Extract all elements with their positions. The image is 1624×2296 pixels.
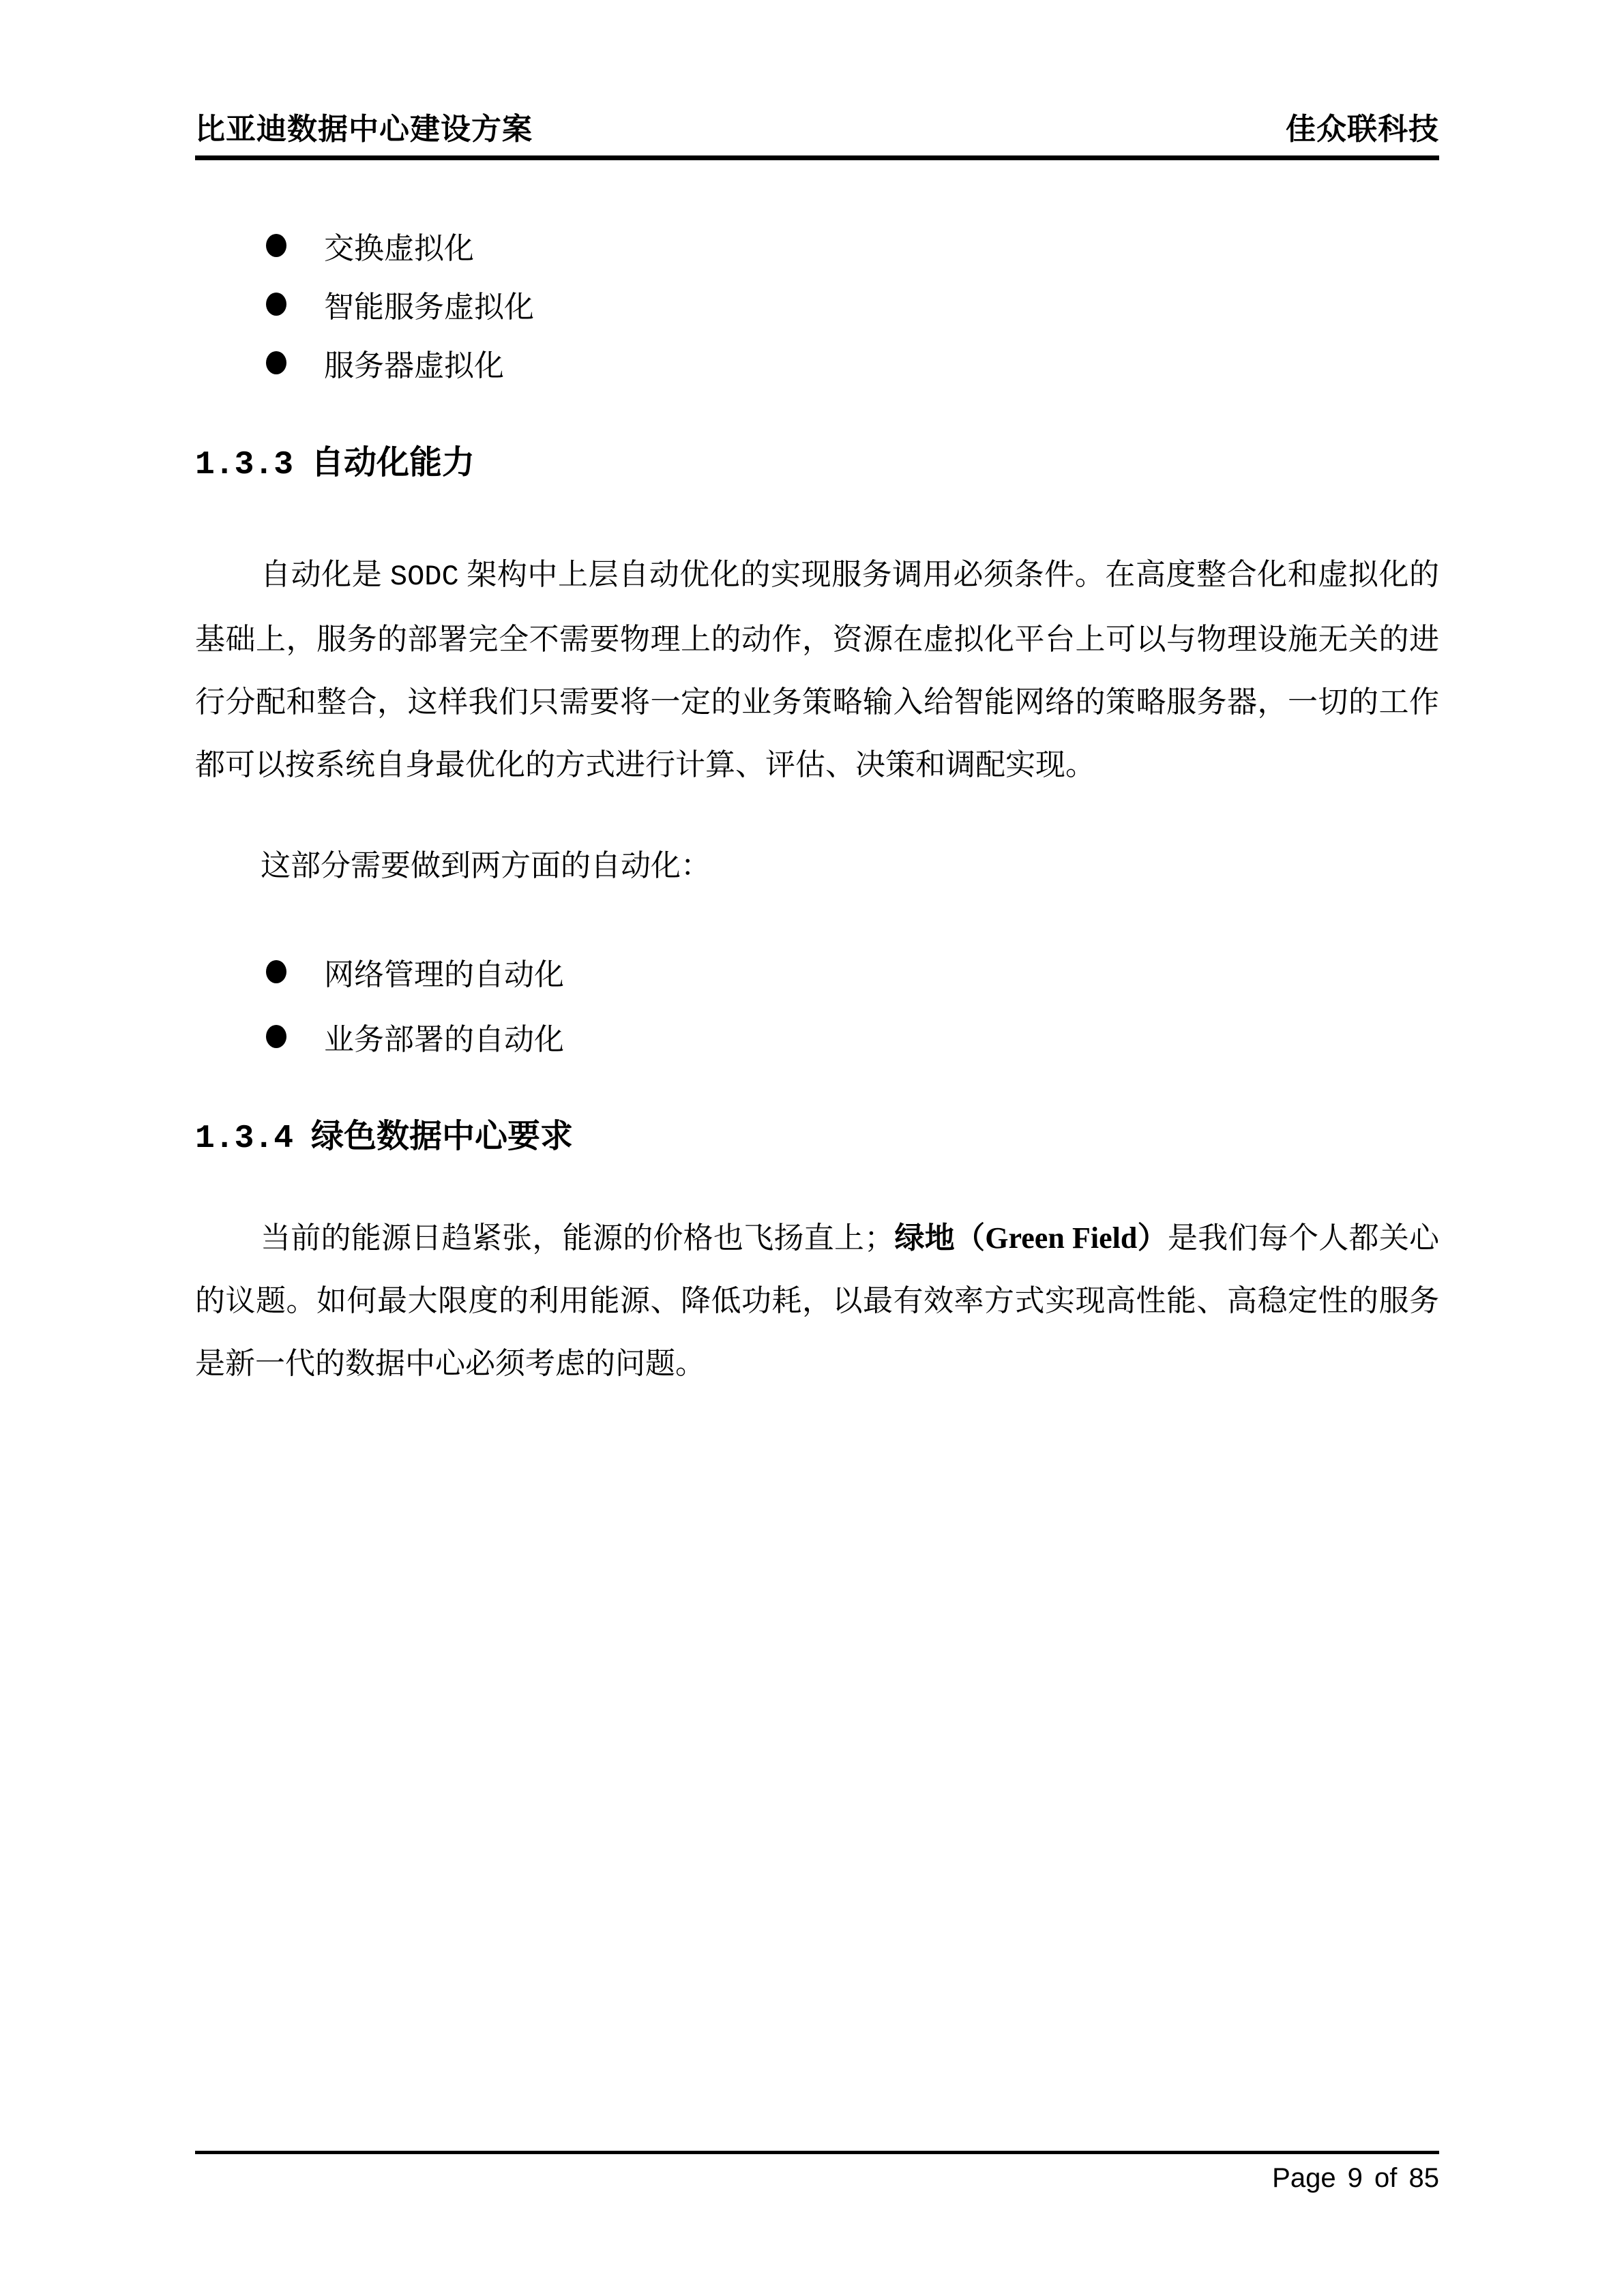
list-item: 智能服务虚拟化 [195,275,1439,333]
bullet-icon [266,1025,286,1048]
section-title: 绿色数据中心要求 [311,1118,573,1154]
section-number: 1.3.4 [195,1120,293,1157]
page-number-indicator: Page 9 of 85 [1272,2163,1439,2193]
paragraph-text: 自动化是 [261,558,390,591]
paragraph-green-datacenter: 当前的能源日趋紧张，能源的价格也飞扬直上；绿地（Green Field）是我们每… [195,1207,1439,1395]
list-item: 网络管理的自动化 [195,939,1439,1004]
page-header: 比亚迪数据中心建设方案 佳众联科技 [195,113,1439,160]
bullet-icon [266,351,286,374]
list-item-label: 网络管理的自动化 [324,950,564,994]
list-item-label: 服务器虚拟化 [324,341,504,385]
list-item: 交换虚拟化 [195,216,1439,275]
list-item-label: 交换虚拟化 [324,224,474,267]
bullet-icon [266,234,286,257]
automation-bullet-list: 网络管理的自动化 业务部署的自动化 [195,939,1439,1069]
section-title: 自动化能力 [311,445,475,481]
bullet-icon [266,960,286,983]
paragraph-text: 当前的能源日趋紧张，能源的价格也飞扬直上； [261,1221,894,1255]
virtualization-bullet-list: 交换虚拟化 智能服务虚拟化 服务器虚拟化 [195,216,1439,392]
paragraph-text: 这部分需要做到两方面的自动化： [261,849,711,882]
section-number: 1.3.3 [195,447,293,483]
section-heading-1-3-3: 1.3.3自动化能力 [195,443,1439,485]
header-document-title: 比亚迪数据中心建设方案 [195,113,533,146]
list-item: 服务器虚拟化 [195,333,1439,392]
acronym-sodc: SODC [390,561,459,593]
page-footer: Page 9 of 85 [195,2151,1439,2194]
list-item: 业务部署的自动化 [195,1004,1439,1069]
green-field-emphasis: 绿地（Green Field） [894,1221,1168,1255]
section-heading-1-3-4: 1.3.4绿色数据中心要求 [195,1117,1439,1159]
list-item-label: 智能服务虚拟化 [324,282,534,326]
header-company-name: 佳众联科技 [1286,113,1439,146]
bullet-icon [266,293,286,316]
list-item-label: 业务部署的自动化 [324,1015,564,1058]
paragraph-two-aspects: 这部分需要做到两方面的自动化： [195,835,1439,897]
paragraph-text: 架构中上层自动优化的实现服务调用必须条件。在高度整合化和虚拟化的基础上，服务的部… [195,558,1439,781]
paragraph-automation: 自动化是 SODC 架构中上层自动优化的实现服务调用必须条件。在高度整合化和虚拟… [195,543,1439,796]
document-page: 比亚迪数据中心建设方案 佳众联科技 交换虚拟化 智能服务虚拟化 服务器虚拟化 1… [0,0,1624,2296]
